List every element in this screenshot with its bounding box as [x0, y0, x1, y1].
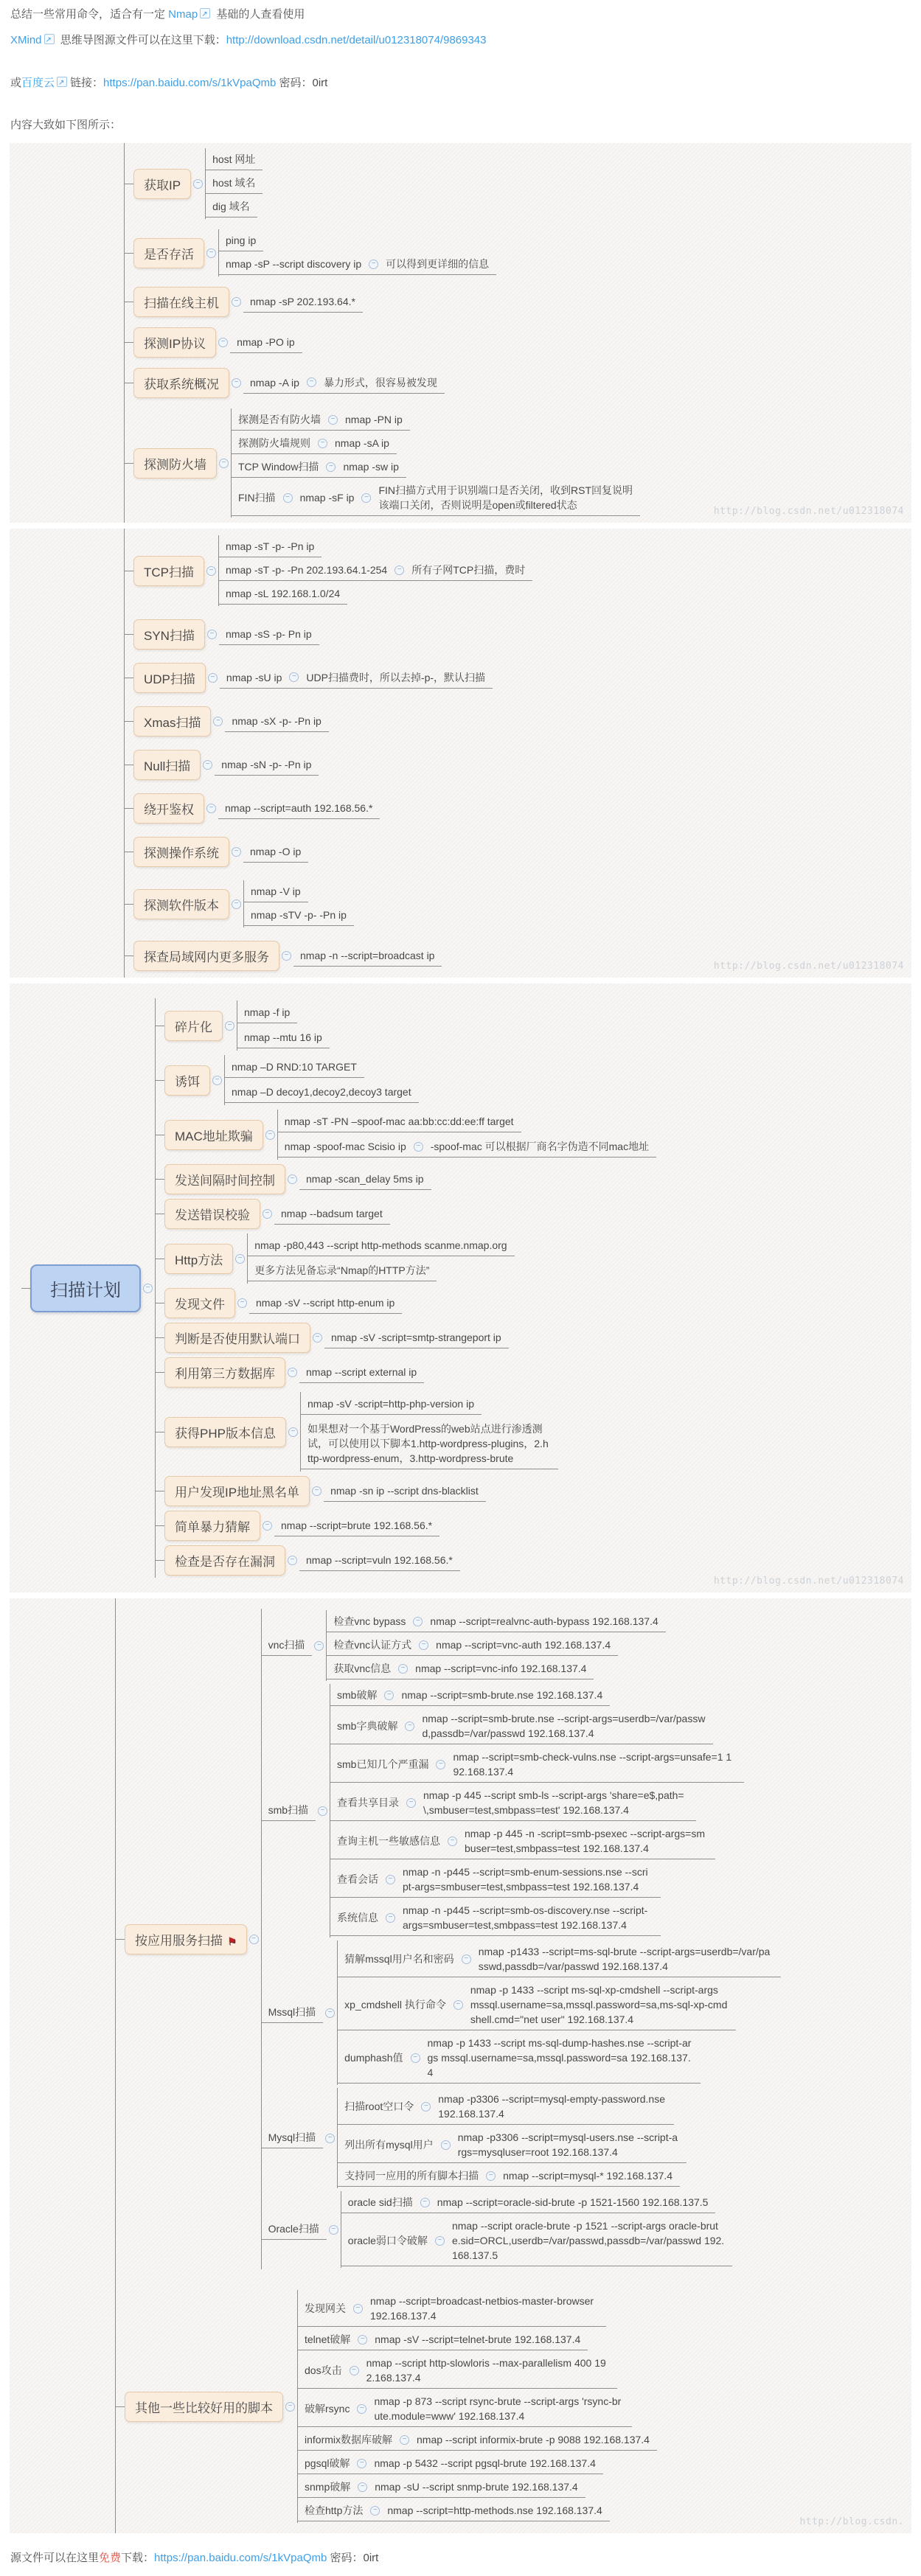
- topic-box: 绕开鉴权: [133, 793, 204, 824]
- topic-text: 支持同一应用的所有脚本扫描: [344, 2168, 479, 2183]
- mindmap-branch: smb已知几个严重漏−nmap --script=smb-check-vulns…: [330, 1747, 744, 1783]
- topic-underline-row: nmap -sTV -p- -Pn ip: [244, 905, 354, 926]
- topic-box: 发现文件: [164, 1288, 235, 1318]
- topic-box: 碎片化: [164, 1011, 223, 1041]
- topic-underline-row: xp_cmdshell 执行命令−nmap -p 1433 --script m…: [338, 1980, 736, 2030]
- topic-underline-row: TCP Window扫描−nmap -sw ip: [232, 457, 406, 478]
- topic-underline-row: 支持同一应用的所有脚本扫描−nmap --script=mysql-* 192.…: [338, 2166, 680, 2187]
- nmap-link[interactable]: Nmap: [168, 8, 198, 21]
- topic-box: 是否存活: [133, 238, 204, 268]
- topic-underline-row: 猜解mssql用户名和密码−nmap -p1433 --script=ms-sq…: [338, 1942, 781, 1977]
- topic-text: nmap -PN ip: [345, 412, 403, 427]
- topic-box: 检查是否存在漏洞: [164, 1545, 285, 1576]
- topic-text: 猜解mssql用户名和密码: [344, 1952, 454, 1966]
- topic-box: Http方法: [164, 1244, 233, 1274]
- topic-text: 暴力形式，很容易被发现: [324, 375, 437, 390]
- topic-box: 按应用服务扫描⚑: [125, 1924, 247, 1954]
- topic-text: nmap -sn ip --script dns-blacklist: [330, 1483, 479, 1498]
- mindmap-branch: 绕开鉴权−nmap --script=auth 192.168.56.*: [125, 793, 532, 824]
- mindmap-branch: 探测IP协议−nmap -PO ip: [125, 327, 640, 358]
- branch-children: nmap -f ipnmap --mtu 16 ip: [237, 1000, 330, 1051]
- or-text: 或: [10, 77, 21, 89]
- collapse-handle-icon: −: [213, 717, 223, 726]
- topic-text: oracle弱口令破解: [348, 2233, 428, 2248]
- mindmap-branch: 是否存活−ping ipnmap -sP --script discovery …: [125, 229, 640, 276]
- topic-text: nmap -PO ip: [237, 335, 295, 349]
- topic-underline-row: 探测防火墙规则−nmap -sA ip: [232, 434, 397, 454]
- mindmap-branch: 检查vnc认证方式−nmap --script=vnc-auth 192.168…: [327, 1635, 665, 1656]
- collapse-handle-icon: −: [357, 2404, 366, 2414]
- topic-underline-row: Oracle扫描: [262, 2219, 327, 2240]
- topic-box: 发送间隔时间控制: [164, 1164, 285, 1194]
- mindmap-branch: 如果想对一个基于WordPress的web站点进行渗透测试，可以使用以下脚本1.…: [301, 1419, 558, 1469]
- topic-text: nmap -f ip: [244, 1005, 290, 1020]
- collapse-handle-icon: −: [400, 2435, 409, 2445]
- topic-text: 如果想对一个基于WordPress的web站点进行渗透测试，可以使用以下脚本1.…: [307, 1421, 551, 1466]
- topic-text: ping ip: [226, 233, 256, 248]
- topic-text: nmap -n -p445 --script=smb-os-discovery.…: [403, 1903, 653, 1932]
- mindmap-branch: FIN扫描−nmap -sF ip−FIN扫描方式用于识别端口是否关闭，收到RS…: [232, 481, 640, 516]
- mindmap-image-3[interactable]: 扫描计划−碎片化−nmap -f ipnmap --mtu 16 ip诱饵−nm…: [10, 984, 911, 1592]
- mindmap-branch: MAC地址欺骗−nmap -sT -PN –spoof-mac aa:bb:cc…: [156, 1110, 656, 1160]
- mindmap-branch: nmap --mtu 16 ip: [237, 1028, 330, 1048]
- download-text: 思维导图源文件可以在这里下载：: [58, 34, 226, 46]
- free-download-link[interactable]: 免费: [99, 2552, 121, 2564]
- collapse-handle-icon: −: [232, 297, 241, 307]
- baiduyun-link[interactable]: 百度云: [21, 77, 55, 89]
- mindmap-branch: dos攻击−nmap --script http-slowloris --max…: [298, 2353, 657, 2389]
- mindmap-branch: 发送错误校验−nmap --badsum target: [156, 1199, 656, 1229]
- topic-text: nmap --script informix-brute -p 9088 192…: [417, 2432, 650, 2447]
- topic-underline-row: nmap -sV --script http-enum ip: [249, 1293, 402, 1314]
- collapse-handle-icon: −: [413, 1617, 423, 1626]
- mindmap-branch: 探测防火墙−探测是否有防火墙−nmap -PN ip探测防火墙规则−nmap -…: [125, 408, 640, 518]
- collapse-handle-icon: −: [370, 2506, 380, 2516]
- topic-text: Oracle扫描: [268, 2221, 319, 2236]
- topic-underline-row: nmap -sV -script=smtp-strangeport ip: [324, 1328, 509, 1348]
- branch-children: ping ipnmap -sP --script discovery ip−可以…: [218, 229, 496, 276]
- collapse-handle-icon: −: [414, 1142, 423, 1152]
- topic-underline-row: smb破解−nmap --script=smb-brute.nse 192.16…: [330, 1685, 610, 1706]
- topic-text: nmap -p 1433 --script ms-sql-dump-hashes…: [428, 2036, 693, 2080]
- collapse-handle-icon: −: [350, 2366, 359, 2375]
- mindmap-image-1[interactable]: 获取IP−host 网址host 域名dig 域名是否存活−ping ipnma…: [10, 143, 911, 523]
- topic-underline-row: dos攻击−nmap --script http-slowloris --max…: [298, 2353, 617, 2389]
- collapse-handle-icon: −: [314, 1641, 324, 1651]
- mindmap-branch: 扫描在线主机−nmap -sP 202.193.64.*: [125, 287, 640, 317]
- topic-underline-row: nmap -sU ip−UDP扫描费时，所以去掉-p-，默认扫描: [220, 668, 493, 689]
- topic-text: xp_cmdshell 执行命令: [344, 1997, 446, 2012]
- topic-underline-row: nmap -spoof-mac Scisio ip−-spoof-mac 可以根…: [278, 1137, 656, 1158]
- mindmap-branch: smb扫描−smb破解−nmap --script=smb-brute.nse …: [262, 1684, 781, 1938]
- topic-box: 判断是否使用默认端口: [164, 1323, 310, 1353]
- mindmap-branch: 碎片化−nmap -f ipnmap --mtu 16 ip: [156, 1000, 656, 1051]
- mindmap-branch: ping ip: [219, 231, 496, 251]
- mindmap-branch: 判断是否使用默认端口−nmap -sV -script=smtp-strange…: [156, 1323, 656, 1353]
- topic-text: nmap -sw ip: [343, 459, 398, 474]
- topic-text: oracle sid扫描: [348, 2195, 413, 2210]
- collapse-handle-icon: −: [386, 1913, 395, 1923]
- footer-text: 源文件可以在这里: [10, 2552, 99, 2564]
- mindmap-branch: 支持同一应用的所有脚本扫描−nmap --script=mysql-* 192.…: [338, 2166, 687, 2187]
- topic-text: nmap --script http-slowloris --max-paral…: [366, 2356, 610, 2385]
- topic-text: nmap -sV -script=http-php-version ip: [307, 1396, 474, 1411]
- collapse-handle-icon: −: [235, 1254, 245, 1264]
- topic-underline-row: nmap --badsum target: [274, 1204, 390, 1225]
- collapse-handle-icon: −: [441, 2140, 451, 2150]
- topic-underline-row: nmap -sX -p- -Pn ip: [225, 711, 328, 732]
- topic-text: nmap -sT -PN –spoof-mac aa:bb:cc:dd:ee:f…: [285, 1114, 514, 1129]
- topic-text: nmap -sU --script snmp-brute 192.168.137…: [375, 2479, 577, 2494]
- branch-children: nmap -V ipnmap -sTV -p- -Pn ip: [243, 880, 354, 927]
- article-header: 总结一些常用命令，适合有一定 Nmap 基础的人查看使用 XMind 思维导图源…: [0, 0, 921, 133]
- topic-text: 破解rsync: [305, 2401, 350, 2416]
- topic-text: nmap -sN -p- -Pn ip: [221, 757, 311, 772]
- mindmap-branch: Null扫描−nmap -sN -p- -Pn ip: [125, 750, 532, 780]
- collapse-handle-icon: −: [386, 1875, 395, 1884]
- branch-children: 猜解mssql用户名和密码−nmap -p1433 --script=ms-sq…: [337, 1940, 781, 2085]
- topic-text: nmap --script=vuln 192.168.56.*: [306, 1553, 453, 1567]
- collapse-handle-icon: −: [237, 1298, 247, 1308]
- baidu-pan-url[interactable]: https://pan.baidu.com/s/1kVpaQmb: [103, 77, 276, 89]
- collapse-handle-icon: −: [263, 1209, 272, 1219]
- mindmap-branch: 诱饵−nmap –D RND:10 TARGETnmap –D decoy1,d…: [156, 1055, 656, 1105]
- collapse-handle-icon: −: [398, 1664, 408, 1674]
- topic-text: 所有子网TCP扫描，费时: [411, 563, 525, 577]
- topic-text: nmap --script=vnc-info 192.168.137.4: [415, 1661, 586, 1676]
- collapse-handle-icon: −: [193, 179, 203, 189]
- mindmap-branch: 系统信息−nmap -n -p445 --script=smb-os-disco…: [330, 1901, 744, 1936]
- article-footer: 源文件可以在这里免费下载：https://pan.baidu.com/s/1kV…: [0, 2539, 921, 2576]
- topic-underline-row: 获取vnc信息−nmap --script=vnc-info 192.168.1…: [327, 1659, 594, 1679]
- collapse-handle-icon: −: [225, 1021, 234, 1031]
- topic-text: dumphash值: [344, 2050, 403, 2065]
- topic-text: 查看会话: [337, 1872, 378, 1887]
- mindmap-branch: smb破解−nmap --script=smb-brute.nse 192.16…: [330, 1685, 744, 1706]
- topic-text: nmap --script=mysql-* 192.168.137.4: [503, 2168, 672, 2183]
- topic-text: nmap –D decoy1,decoy2,decoy3 target: [232, 1085, 411, 1099]
- collapse-handle-icon: −: [219, 459, 229, 468]
- collapse-handle-icon: −: [206, 248, 216, 258]
- mindmap-branch: nmap -f ip: [237, 1003, 330, 1023]
- topic-underline-row: nmap -n --script=broadcast ip: [293, 946, 442, 967]
- mindmap-spine: 按应用服务扫描⚑−vnc扫描−检查vnc bypass−nmap --scrip…: [115, 1598, 781, 2533]
- topic-underline-row: 查询主机一些敏感信息−nmap -p 445 -n -script=smb-ps…: [330, 1824, 715, 1859]
- mindmap-branch: TCP Window扫描−nmap -sw ip: [232, 457, 640, 478]
- topic-box: 利用第三方数据库: [164, 1357, 285, 1388]
- mindmap-branch: 用户发现IP地址黑名单−nmap -sn ip --script dns-bla…: [156, 1476, 656, 1506]
- collapse-handle-icon: −: [361, 493, 371, 503]
- topic-underline-row: 如果想对一个基于WordPress的web站点进行渗透测试，可以使用以下脚本1.…: [301, 1419, 558, 1469]
- link-label-text: 链接：: [70, 77, 103, 89]
- mindmap-branch: 猜解mssql用户名和密码−nmap -p1433 --script=ms-sq…: [338, 1942, 781, 1977]
- collapse-handle-icon: −: [288, 1174, 297, 1184]
- topic-text: nmap -p 5432 --script pgsql-brute 192.16…: [374, 2456, 595, 2471]
- collapse-handle-icon: −: [232, 847, 241, 857]
- topic-box: 探测操作系统: [133, 837, 229, 867]
- topic-box: 获得PHP版本信息: [164, 1417, 286, 1447]
- collapse-handle-icon: −: [212, 1076, 222, 1085]
- mindmap-branch: 发送间隔时间控制−nmap -scan_delay 5ms ip: [156, 1164, 656, 1194]
- collapse-handle-icon: −: [313, 1333, 322, 1343]
- topic-box: 获取IP: [133, 169, 191, 199]
- topic-text: informix数据库破解: [305, 2432, 392, 2447]
- topic-box: MAC地址欺骗: [164, 1120, 263, 1150]
- mindmap-branch: host 域名: [206, 173, 263, 194]
- mindmap-image-4[interactable]: 按应用服务扫描⚑−vnc扫描−检查vnc bypass−nmap --scrip…: [10, 1598, 911, 2533]
- collapse-handle-icon: −: [419, 1640, 428, 1650]
- topic-underline-row: nmap -sL 192.168.1.0/24: [219, 584, 347, 605]
- topic-underline-row: Mssql扫描: [262, 2002, 324, 2023]
- collapse-handle-icon: −: [411, 2053, 420, 2063]
- collapse-handle-icon: −: [405, 1722, 414, 1731]
- topic-underline-row: nmap -f ip: [237, 1003, 297, 1023]
- collapse-handle-icon: −: [206, 804, 216, 813]
- topic-underline-row: 探测是否有防火墙−nmap -PN ip: [232, 410, 410, 431]
- mindmap-branch: 破解rsync−nmap -p 873 --script rsync-brute…: [298, 2392, 657, 2427]
- topic-text: smb已知几个严重漏: [337, 1757, 428, 1772]
- mindmap-branch: 获取vnc信息−nmap --script=vnc-info 192.168.1…: [327, 1659, 665, 1679]
- collapse-handle-icon: −: [353, 2304, 363, 2314]
- collapse-handle-icon: −: [486, 2171, 496, 2181]
- topic-underline-row: nmap -O ip: [243, 842, 308, 863]
- topic-text: 查看共享目录: [337, 1795, 399, 1810]
- topic-box: UDP扫描: [133, 663, 206, 693]
- topic-underline-row: telnet破解−nmap -sV --script=telnet-brute …: [298, 2330, 588, 2350]
- topic-underline-row: 查看会话−nmap -n -p445 --script=smb-enum-ses…: [330, 1862, 661, 1898]
- topic-underline-row: nmap -sP --script discovery ip−可以得到更详细的信…: [219, 254, 496, 275]
- csdn-watermark: http://blog.csdn.net/u012318074: [714, 961, 904, 972]
- topic-underline-row: nmap --script=brute 192.168.56.*: [274, 1516, 439, 1536]
- mindmap-branch: snmp破解−nmap -sU --script snmp-brute 192.…: [298, 2477, 657, 2498]
- collapse-handle-icon: −: [329, 2225, 338, 2235]
- topic-underline-row: nmap -sS -p- Pn ip: [219, 624, 319, 645]
- collapse-handle-icon: −: [288, 1556, 297, 1565]
- csdn-download-url[interactable]: http://download.csdn.net/detail/u0123180…: [226, 34, 487, 46]
- collapse-handle-icon: −: [357, 2459, 366, 2468]
- topic-box: 探测软件版本: [133, 889, 229, 919]
- topic-underline-row: nmap -sT -PN –spoof-mac aa:bb:cc:dd:ee:f…: [278, 1112, 521, 1132]
- topic-text: 可以得到更详细的信息: [386, 257, 489, 271]
- topic-text: nmap -n -p445 --script=smb-enum-sessions…: [403, 1865, 653, 1894]
- mindmap-branch: oracle弱口令破解−nmap --script oracle-brute -…: [341, 2216, 732, 2266]
- topic-underline-row: ping ip: [219, 231, 263, 251]
- csdn-watermark: http://blog.csdn.net/u012318074: [714, 1576, 904, 1587]
- branch-children: smb破解−nmap --script=smb-brute.nse 192.16…: [330, 1684, 744, 1938]
- topic-text: nmap --script=smb-brute.nse --script-arg…: [422, 1711, 706, 1741]
- topic-underline-row: dumphash值−nmap -p 1433 --script ms-sql-d…: [338, 2033, 700, 2084]
- topic-text: nmap --script=vnc-auth 192.168.137.4: [436, 1637, 611, 1652]
- mindmap-branch: 检查vnc bypass−nmap --script=realvnc-auth-…: [327, 1612, 665, 1632]
- topic-text: nmap -p3306 --script=mysql-users.nse --s…: [458, 2130, 679, 2159]
- topic-underline-row: host 网址: [206, 150, 263, 170]
- topic-text: nmap -p 445 --script smb-ls --script-arg…: [423, 1788, 689, 1817]
- mindmap-branch: 简单暴力猜解−nmap --script=brute 192.168.56.*: [156, 1511, 656, 1541]
- branch-children: vnc扫描−检查vnc bypass−nmap --script=realvnc…: [261, 1609, 781, 2269]
- collapse-handle-icon: −: [232, 899, 241, 909]
- mindmap-branch: 更多方法见备忘录“Nmap的HTTP方法”: [248, 1261, 514, 1281]
- mindmap-branch: dig 域名: [206, 197, 263, 217]
- mindmap-branch: 探测防火墙规则−nmap -sA ip: [232, 434, 640, 454]
- topic-text: 发现网关: [305, 2301, 346, 2316]
- csdn-watermark: http://blog.csdn.net/u012318074: [714, 506, 904, 517]
- collapse-handle-icon: −: [218, 338, 228, 347]
- topic-underline-row: informix数据库破解−nmap --script informix-bru…: [298, 2430, 657, 2451]
- collapse-handle-icon: −: [358, 2335, 367, 2344]
- branch-children: 碎片化−nmap -f ipnmap --mtu 16 ip诱饵−nmap –D…: [155, 998, 656, 1578]
- topic-underline-row: Mysql扫描: [262, 2128, 324, 2148]
- footer-text-mid: 下载：: [121, 2552, 154, 2564]
- branch-children: nmap -sV -script=http-php-version ip如果想对…: [300, 1392, 558, 1472]
- topic-underline-row: nmap -sn ip --script dns-blacklist: [324, 1481, 486, 1502]
- topic-underline-row: nmap –D RND:10 TARGET: [225, 1057, 364, 1078]
- topic-text: nmap -sV --script=telnet-brute 192.168.1…: [375, 2332, 580, 2347]
- collapse-handle-icon: −: [288, 1368, 297, 1377]
- collapse-handle-icon: −: [325, 2134, 335, 2143]
- topic-underline-row: nmap --script=vuln 192.168.56.*: [299, 1550, 460, 1571]
- topic-underline-row: 发现网关−nmap --script=broadcast-netbios-mas…: [298, 2291, 606, 2327]
- collapse-handle-icon: −: [421, 2102, 431, 2112]
- topic-text: dos攻击: [305, 2363, 342, 2378]
- topic-underline-row: snmp破解−nmap -sU --script snmp-brute 192.…: [298, 2477, 585, 2498]
- mindmap-branch: 探测是否有防火墙−nmap -PN ip: [232, 410, 640, 431]
- topic-text: nmap -p 873 --script rsync-brute --scrip…: [374, 2394, 625, 2423]
- xmind-link[interactable]: XMind: [10, 34, 42, 46]
- collapse-handle-icon: −: [289, 672, 299, 682]
- topic-box: TCP扫描: [133, 556, 204, 586]
- topic-box: 获取系统概况: [133, 368, 229, 398]
- branch-children: nmap -sT -PN –spoof-mac aa:bb:cc:dd:ee:f…: [277, 1110, 656, 1160]
- topic-text: dig 域名: [212, 199, 250, 214]
- topic-underline-row: smb字典破解−nmap --script=smb-brute.nse --sc…: [330, 1709, 713, 1744]
- mindmap-branch: telnet破解−nmap -sV --script=telnet-brute …: [298, 2330, 657, 2350]
- mindmap-branch: 探测软件版本−nmap -V ipnmap -sTV -p- -Pn ip: [125, 880, 532, 927]
- collapse-handle-icon: −: [436, 1760, 445, 1769]
- topic-box: 扫描在线主机: [133, 287, 229, 317]
- collapse-handle-icon: −: [208, 673, 218, 683]
- mindmap-image-2[interactable]: TCP扫描−nmap -sT -p- -Pn ipnmap -sT -p- -P…: [10, 529, 911, 978]
- mindmap-branch: 查看共享目录−nmap -p 445 --script smb-ls --scr…: [330, 1786, 744, 1821]
- topic-box: SYN扫描: [133, 619, 205, 650]
- topic-underline-row: pgsql破解−nmap -p 5432 --script pgsql-brut…: [298, 2454, 603, 2474]
- mindmap-branch: TCP扫描−nmap -sT -p- -Pn ipnmap -sT -p- -P…: [125, 535, 532, 606]
- mindmap-branch: nmap -spoof-mac Scisio ip−-spoof-mac 可以根…: [278, 1137, 656, 1158]
- collapse-handle-icon: −: [420, 2198, 430, 2207]
- mindmap-images: 获取IP−host 网址host 域名dig 域名是否存活−ping ipnma…: [0, 143, 921, 2533]
- collapse-handle-icon: −: [282, 951, 291, 961]
- mindmap-branch: nmap -sL 192.168.1.0/24: [219, 584, 532, 605]
- mindmap-branch: 利用第三方数据库−nmap --script external ip: [156, 1357, 656, 1388]
- topic-underline-row: 查看共享目录−nmap -p 445 --script smb-ls --scr…: [330, 1786, 696, 1821]
- content-caption: 内容大致如下图所示：: [10, 118, 911, 133]
- mindmap-branch: 探查局域网内更多服务−nmap -n --script=broadcast ip: [125, 941, 532, 971]
- collapse-handle-icon: −: [318, 1806, 327, 1816]
- collapse-handle-icon: −: [265, 1130, 275, 1140]
- external-link-icon[interactable]: [57, 77, 67, 87]
- mindmap-branch: 其他一些比较好用的脚本−发现网关−nmap --script=broadcast…: [116, 2290, 781, 2523]
- topic-text: nmap --script=oracle-sid-brute -p 1521-1…: [437, 2195, 709, 2210]
- intro-text-tail: 基础的人查看使用: [213, 8, 305, 21]
- mindmap-branch: nmap -V ip: [244, 882, 354, 902]
- topic-text: smb扫描: [268, 1803, 308, 1817]
- topic-text: Mysql扫描: [268, 2130, 316, 2145]
- topic-box: 简单暴力猜解: [164, 1511, 260, 1541]
- topic-text: FIN扫描方式用于识别端口是否关闭，收到RST回复说明该端口关闭，否则说明是op…: [378, 483, 633, 512]
- topic-text: host 网址: [212, 152, 255, 167]
- collapse-handle-icon: −: [312, 1486, 322, 1496]
- topic-underline-row: 更多方法见备忘录“Nmap的HTTP方法”: [248, 1261, 437, 1281]
- topic-underline-row: nmap -sN -p- -Pn ip: [215, 755, 319, 776]
- collapse-handle-icon: −: [307, 377, 316, 387]
- topic-text: nmap --mtu 16 ip: [244, 1030, 322, 1045]
- mindmap-branch: nmap –D decoy1,decoy2,decoy3 target: [225, 1082, 419, 1103]
- mindmap-branch: 扫描root空口令−nmap -p3306 --script=mysql-emp…: [338, 2089, 687, 2125]
- mindmap-branch: UDP扫描−nmap -sU ip−UDP扫描费时，所以去掉-p-，默认扫描: [125, 663, 532, 693]
- topic-box: 探查局域网内更多服务: [133, 941, 279, 971]
- mindmap-spine: TCP扫描−nmap -sT -p- -Pn ipnmap -sT -p- -P…: [124, 529, 532, 978]
- topic-text: snmp破解: [305, 2479, 350, 2494]
- branch-children: oracle sid扫描−nmap --script=oracle-sid-br…: [341, 2191, 732, 2268]
- collapse-handle-icon: −: [232, 378, 241, 388]
- collapse-handle-icon: −: [203, 760, 212, 770]
- topic-box: 用户发现IP地址黑名单: [164, 1476, 310, 1506]
- topic-underline-row: nmap --script external ip: [299, 1362, 424, 1383]
- topic-underline-row: nmap -sT -p- -Pn 202.193.64.1-254−所有子网TC…: [219, 560, 532, 581]
- external-link-icon[interactable]: [200, 8, 210, 18]
- topic-text: nmap –D RND:10 TARGET: [232, 1059, 357, 1074]
- collapse-handle-icon: −: [453, 2000, 463, 2010]
- topic-underline-row: nmap -sP 202.193.64.*: [243, 292, 363, 313]
- topic-text: nmap -spoof-mac Scisio ip: [285, 1139, 406, 1154]
- topic-text: 检查http方法: [305, 2503, 363, 2518]
- mindmap-branch: nmap -sT -p- -Pn ip: [219, 537, 532, 557]
- baidu-pan-line: 或百度云链接：https://pan.baidu.com/s/1kVpaQmb …: [10, 76, 911, 91]
- branch-children: 发现网关−nmap --script=broadcast-netbios-mas…: [297, 2290, 657, 2523]
- topic-text: nmap --script=realvnc-auth-bypass 192.16…: [430, 1614, 658, 1629]
- topic-text: 系统信息: [337, 1910, 378, 1925]
- footer-baidu-pan-url[interactable]: https://pan.baidu.com/s/1kVpaQmb: [154, 2552, 327, 2564]
- topic-underline-row: smb已知几个严重漏−nmap --script=smb-check-vulns…: [330, 1747, 744, 1783]
- csdn-watermark: http://blog.csdn.: [799, 2516, 904, 2527]
- topic-underline-row: smb扫描: [262, 1800, 316, 1821]
- topic-underline-row: nmap -p80,443 --script http-methods scan…: [248, 1236, 514, 1256]
- topic-underline-row: nmap -sV -script=http-php-version ip: [301, 1394, 482, 1415]
- mindmap-branch: host 网址: [206, 150, 263, 170]
- topic-text: nmap -scan_delay 5ms ip: [306, 1172, 424, 1186]
- topic-text: nmap --badsum target: [281, 1206, 383, 1221]
- mindmap-branch: 探测操作系统−nmap -O ip: [125, 837, 532, 867]
- mindmap-spine: 扫描计划−碎片化−nmap -f ipnmap --mtu 16 ip诱饵−nm…: [21, 996, 656, 1580]
- topic-text: nmap -sTV -p- -Pn ip: [251, 908, 347, 922]
- mindmap-branch: 按应用服务扫描⚑−vnc扫描−检查vnc bypass−nmap --scrip…: [116, 1609, 781, 2269]
- topic-underline-row: nmap -PO ip: [230, 333, 302, 353]
- topic-text: FIN扫描: [238, 490, 276, 505]
- mindmap-branch: 查看会话−nmap -n -p445 --script=smb-enum-ses…: [330, 1862, 744, 1898]
- mindmap-branch: Xmas扫描−nmap -sX -p- -Pn ip: [125, 706, 532, 737]
- topic-text: 检查vnc认证方式: [333, 1637, 411, 1652]
- topic-text: nmap --script oracle-brute -p 1521 --scr…: [452, 2218, 725, 2263]
- external-link-icon[interactable]: [44, 34, 55, 44]
- topic-text: nmap --script=brute 192.168.56.*: [281, 1518, 432, 1533]
- topic-underline-row: 检查http方法−nmap --script=http-methods.nse …: [298, 2501, 610, 2521]
- topic-text: nmap -sL 192.168.1.0/24: [226, 586, 340, 601]
- topic-text: nmap -sF ip: [300, 490, 355, 505]
- topic-text: nmap -sP --script discovery ip: [226, 257, 361, 271]
- mindmap-branch: pgsql破解−nmap -p 5432 --script pgsql-brut…: [298, 2454, 657, 2474]
- mindmap-branch: 发现网关−nmap --script=broadcast-netbios-mas…: [298, 2291, 657, 2327]
- topic-text: nmap -sT -p- -Pn ip: [226, 539, 314, 554]
- topic-text: nmap -sP 202.193.64.*: [250, 294, 355, 309]
